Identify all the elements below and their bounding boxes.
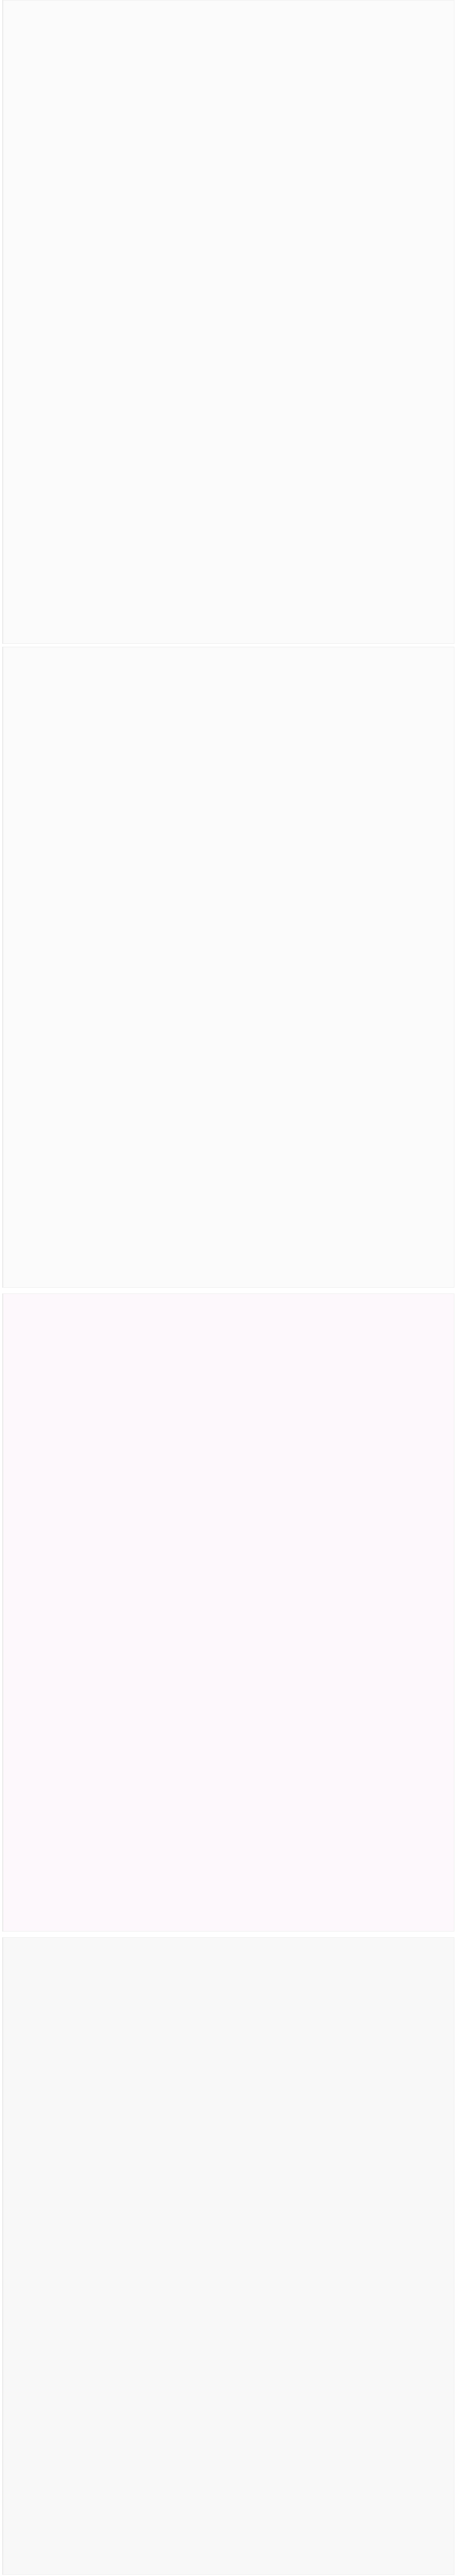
page-1 xyxy=(2,0,454,644)
page-gap xyxy=(0,1932,455,1937)
page-3 xyxy=(2,1293,454,1932)
page-gap xyxy=(0,1288,455,1293)
page-4-blank xyxy=(2,1937,454,2575)
page-2 xyxy=(2,647,454,1288)
